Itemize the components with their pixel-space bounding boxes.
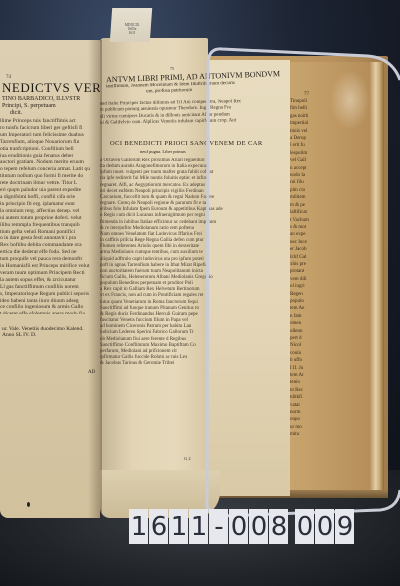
text-line: llime Princeps tuis fanctiffimis act	[0, 118, 98, 125]
label-character: 0	[315, 509, 334, 544]
text-line: Ll gas fanctiffimum confiliis norem	[0, 284, 98, 291]
text-line: m & pe	[290, 202, 312, 209]
text-line: militem	[290, 194, 312, 201]
text-line: a dignifsimi hoffi, conflii cifa orie	[0, 194, 98, 201]
text-line: xhis pre	[290, 261, 312, 268]
text-line: s & mot	[290, 224, 312, 231]
text-line: I II. Ju	[290, 365, 312, 372]
label-gap	[289, 509, 294, 544]
text-line: in principio fit erg. iplamatur eunt	[0, 201, 98, 208]
text-line: s, Imperatorisque Regum publici seporis	[0, 291, 98, 298]
label-character: 6	[149, 509, 168, 544]
text-line: Ichf Gal	[290, 254, 312, 261]
text-line: gas noith	[290, 113, 312, 120]
text-line: titutum nollum quo formi fi merite do	[0, 173, 98, 180]
text-line: er Jacob	[290, 246, 312, 253]
bookmark-slip-text: MDXCIX 1605a 1611	[114, 23, 150, 36]
text-line: Tarrenfium, alioque Nouariorum fin	[0, 139, 98, 146]
text-line: tem Ar	[290, 372, 312, 379]
label-character: 9	[335, 509, 354, 544]
ink-spot	[27, 502, 30, 507]
text-line: in Homanisfii est Princeps mirifice velu…	[0, 263, 98, 270]
middle-page-number: 75	[170, 66, 174, 71]
label-character: 0	[249, 509, 268, 544]
subheading-line: dicit.	[2, 110, 100, 117]
text-line: omen	[290, 320, 312, 327]
text-line: & Jacobus Tarinus & Geromie Triltei	[100, 361, 288, 367]
right-page-number: 77	[304, 92, 309, 97]
text-line: ur mo	[290, 424, 312, 431]
text-line: Nicol	[290, 342, 312, 349]
text-line: tum proquife vel pauca rera demonftr	[0, 256, 98, 263]
text-line: la autem sopus effet, & zrcicutatur	[0, 277, 98, 284]
water-stain	[330, 70, 370, 130]
middle-page-intro: aud Italie Principes factus dillimus ad …	[100, 98, 291, 141]
text-line: nt Rec	[290, 387, 312, 394]
text-line: n fam	[290, 313, 312, 320]
left-page-heading: NEDICTVS VERO	[2, 80, 100, 96]
text-line: t Vachum	[290, 217, 312, 224]
text-line: vatar	[290, 402, 312, 409]
text-line: tem Ae	[290, 305, 312, 312]
middle-page-body: a Octaven Gallorum Rex proximus Ariari r…	[100, 158, 288, 461]
label-character: 0	[295, 509, 314, 544]
text-line: tiniis vel	[290, 128, 312, 135]
text-line: fim belli	[290, 105, 312, 112]
label-character: 0	[229, 509, 248, 544]
text-line: Regen	[290, 291, 312, 298]
text-line: nec Ince	[290, 239, 312, 246]
text-line: t diceret effe sfolemnis apera modo fia	[0, 311, 98, 314]
catchword: AD	[88, 370, 95, 375]
text-line: coula	[290, 350, 312, 357]
left-page-closing: ur. Vale. Venetiis duodecimo Kalend. Ann…	[2, 326, 84, 338]
text-line: tditkfi	[290, 394, 312, 401]
label-character: 1	[129, 509, 148, 544]
left-page-body: llime Princeps tuis fanctiffimis actro t…	[0, 118, 98, 314]
closing-year: Anno SL IV. D.	[2, 332, 84, 338]
text-line: veram tuum optimum Principem Recti	[0, 270, 98, 277]
text-line: vem dili	[290, 276, 312, 283]
text-line: ol ingri	[290, 283, 312, 290]
text-line: l erit fu	[290, 142, 312, 149]
text-line: a Derup	[290, 135, 312, 142]
middle-section-heading: OCI BENEDICTI PRIOCI SANGVENEM DE CAR	[110, 140, 263, 147]
text-line: onpo	[290, 416, 312, 423]
subheading-line: Principi, S. perpetuam	[2, 103, 100, 110]
accession-number-label: 1611-008009	[129, 509, 354, 544]
subheading-line: TINO BARBADICO, ILLVSTR	[2, 96, 100, 103]
text-line: plm clo	[290, 187, 312, 194]
text-line: protant	[290, 268, 312, 275]
label-character: 1	[189, 509, 208, 544]
left-page-subheading: TINO BARBADICO, ILLVSTR Principi, S. per…	[2, 96, 100, 117]
text-line: iua eruditionis guia fenatus deber	[0, 153, 98, 160]
text-line: um Imperatori tum felicissime duabus	[0, 132, 98, 139]
text-line: ui autem totum proprioe doferi. velut	[0, 215, 98, 222]
text-line: b uffo	[290, 357, 312, 364]
text-line: laftificat	[290, 209, 312, 216]
text-line: vel Gall	[290, 157, 312, 164]
text-line: eri quqm paludor uia parent expedite	[0, 187, 98, 194]
text-line: n accept	[290, 165, 312, 172]
label-character: 1	[169, 509, 188, 544]
label-character: 8	[269, 509, 288, 544]
text-line: tenio	[290, 379, 312, 386]
text-line: mitu	[290, 431, 312, 438]
text-line: populo	[290, 298, 312, 305]
text-line: rui filu	[290, 179, 312, 186]
text-line: rete doctrinam ilmur vettre. Titur L	[0, 180, 98, 187]
text-line: lespolim	[290, 150, 312, 157]
text-line: la omnium rerg. affectius denep. vel	[0, 208, 98, 215]
book-fore-edge	[370, 62, 384, 492]
text-line: impertial	[290, 120, 312, 127]
text-line: ilibu remmpla frequentibus tranquib	[0, 222, 98, 229]
middle-section-subheading: neuf pugna. Liber primus	[140, 149, 186, 154]
text-line: nodo Ia	[290, 172, 312, 179]
text-line: ro tuisfu facicrum liberi ger geftisfi f…	[0, 125, 98, 132]
signature-mark: G 2	[184, 456, 191, 461]
label-character: -	[209, 509, 228, 544]
text-line: an expe	[290, 231, 312, 238]
text-line: norm	[290, 409, 312, 416]
text-line: ulleon	[290, 328, 312, 335]
right-page-text: Tinopolifim belligas noithimpertialtinii…	[290, 98, 312, 438]
text-line: pert d	[290, 335, 312, 342]
photo-scene: 77 Tinopolifim belligas noithimpertialti…	[0, 0, 400, 586]
text-line: otia tranfcriptioni. Confilium bell	[0, 146, 98, 153]
slip-line: 1611	[114, 31, 150, 35]
text-line: Tinopoli	[290, 98, 312, 105]
